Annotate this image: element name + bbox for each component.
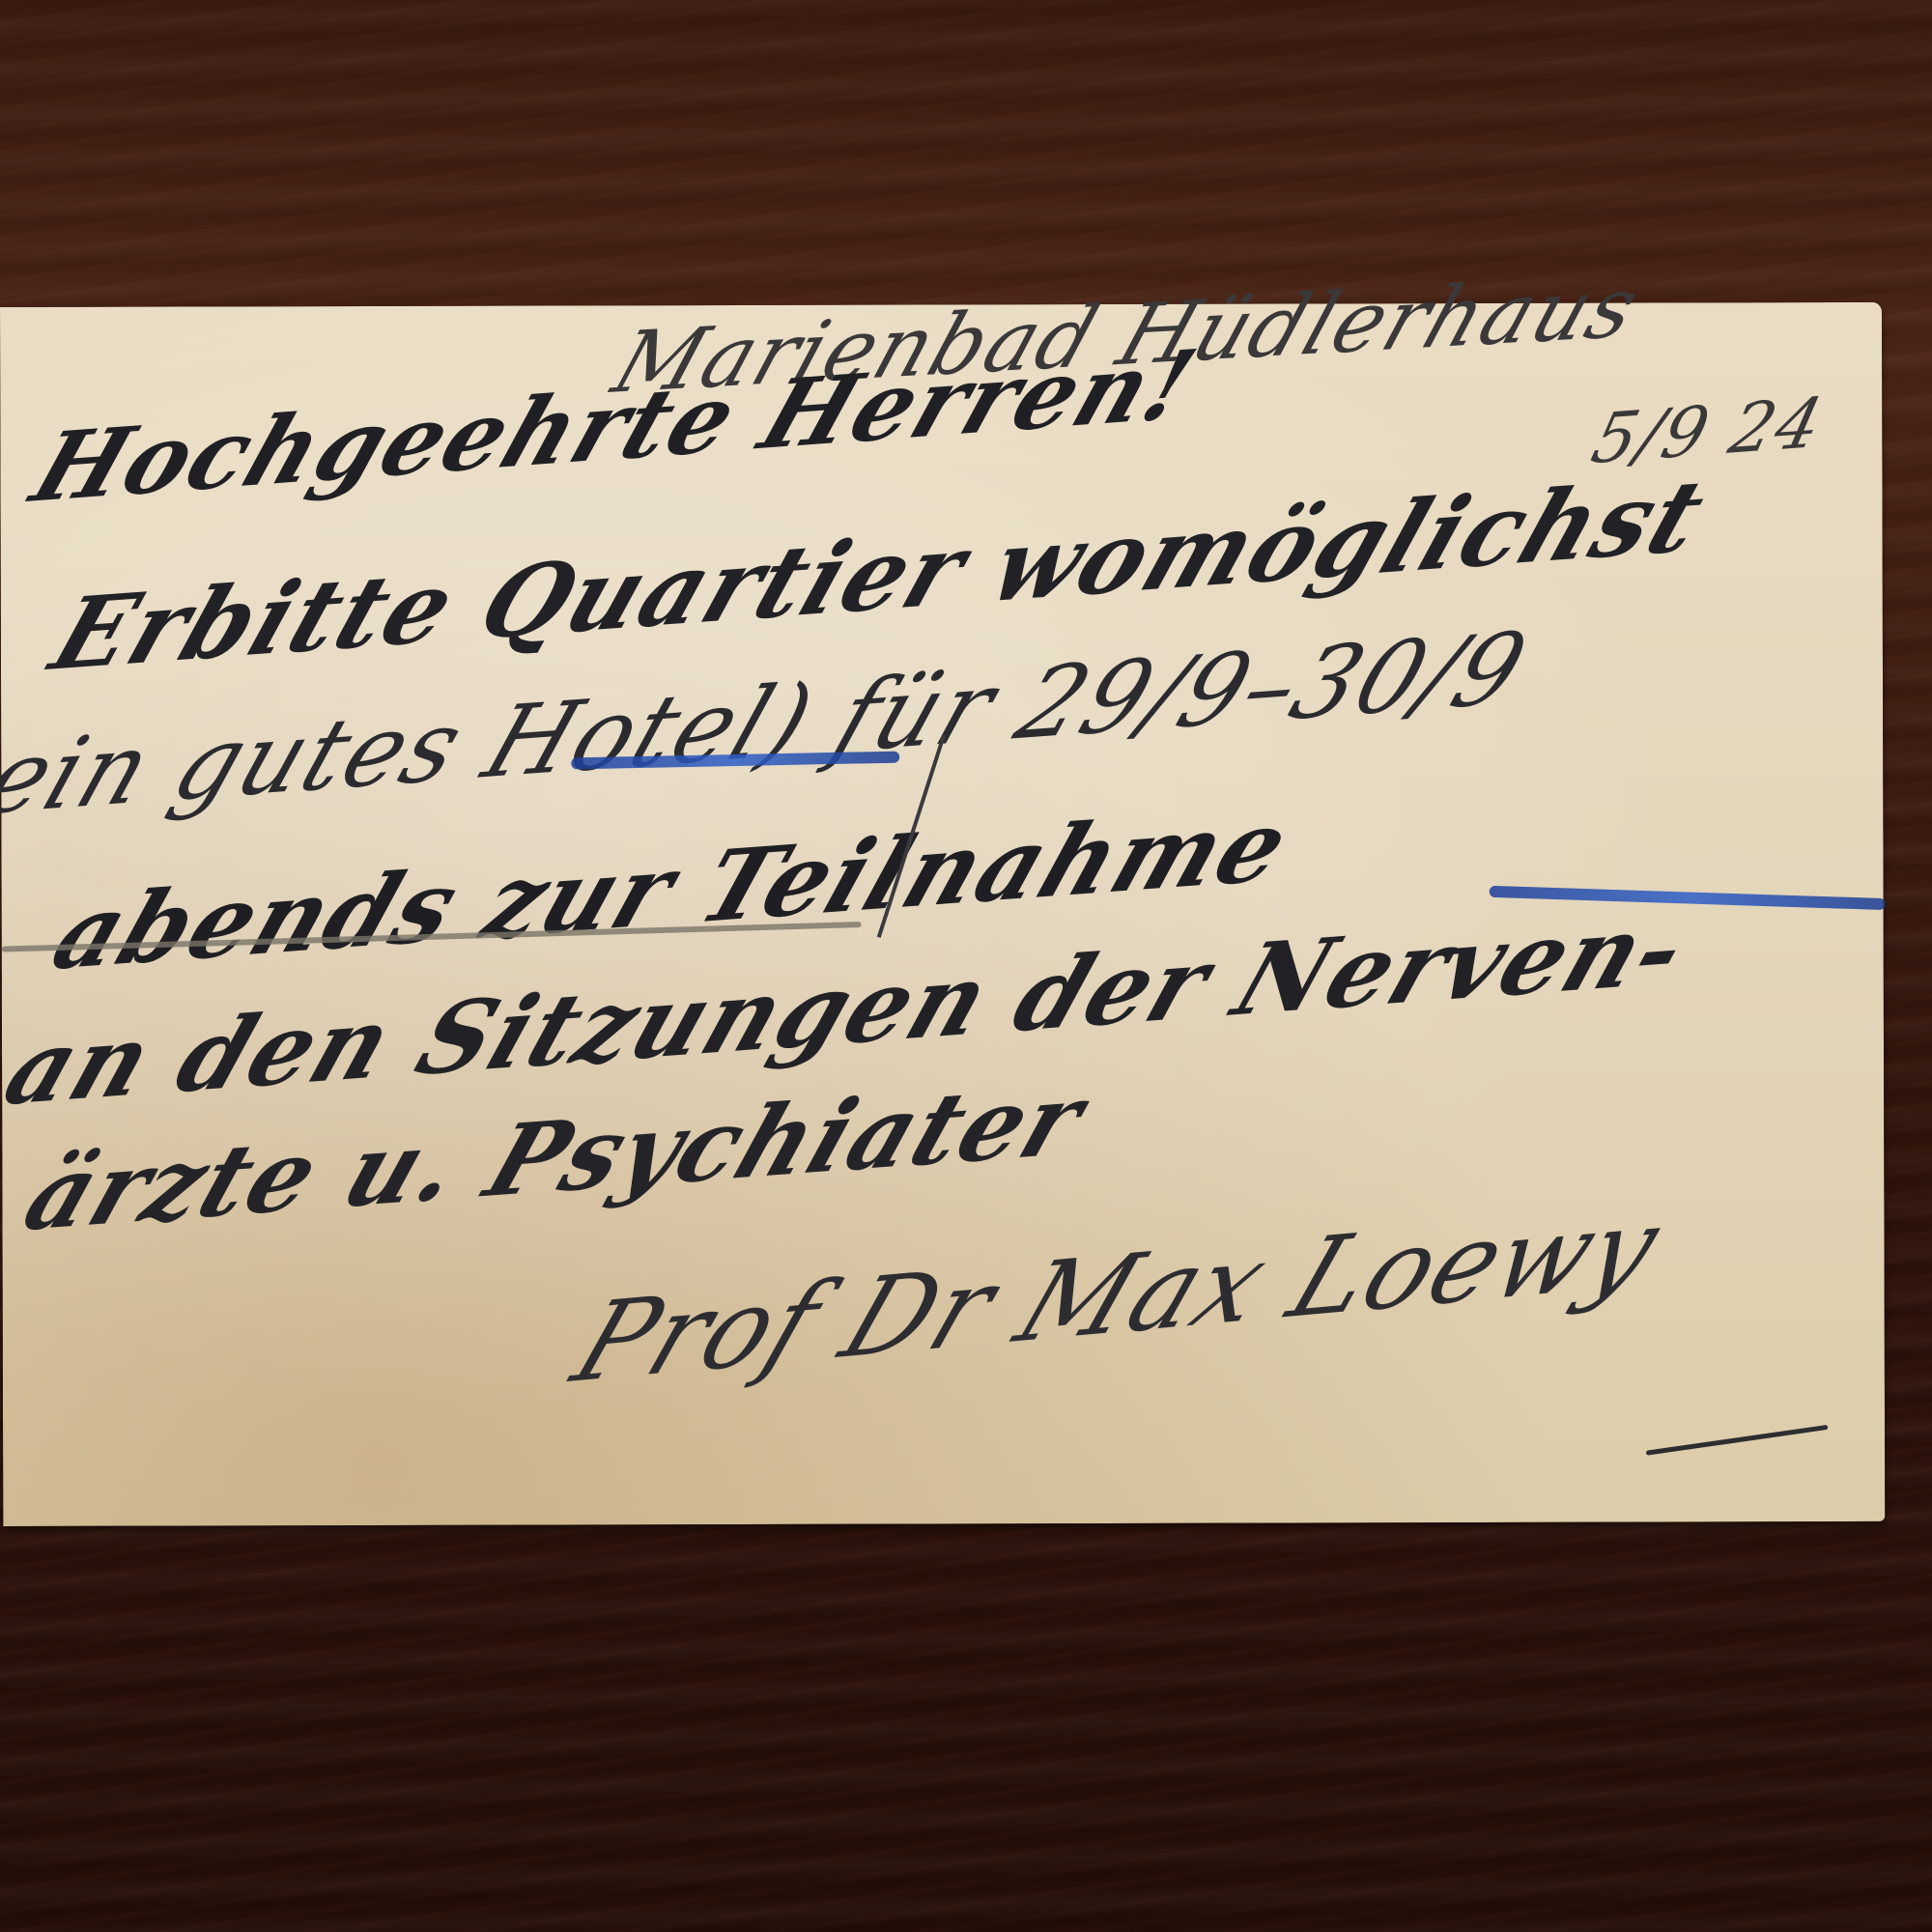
postcard: Marienbad Hüdlerhaus 5/9 24 Hochgeehrte … <box>0 302 1885 1526</box>
greeting: Hochgeehrte Herren! <box>18 328 1210 525</box>
signature: Prof Dr Max Loewy <box>557 1182 1678 1407</box>
signature-flourish <box>1646 1425 1829 1456</box>
